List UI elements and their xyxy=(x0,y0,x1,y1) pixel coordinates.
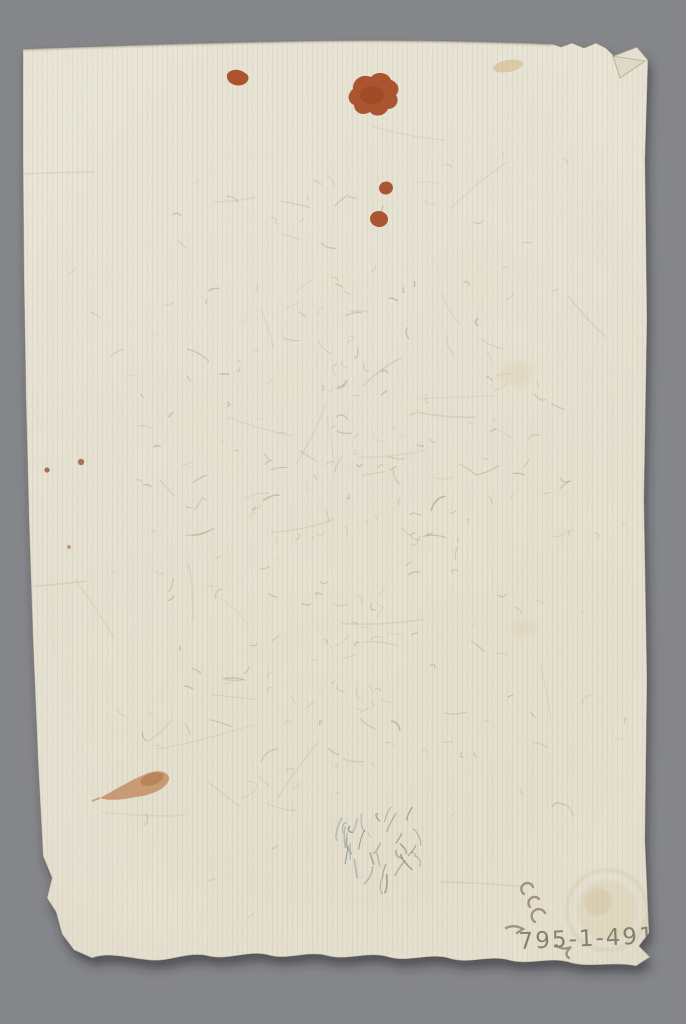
photo-stage: 795-1-4910 xyxy=(0,0,686,1024)
beige-stain-right xyxy=(499,362,533,386)
wax-stain-large-core xyxy=(360,86,384,104)
tone-vignette xyxy=(0,20,686,1000)
paper-surface: 795-1-4910 xyxy=(0,20,686,1000)
drawing-verso-photograph: 795-1-4910 xyxy=(0,0,686,1024)
beige-stain-lower-right xyxy=(510,618,538,636)
